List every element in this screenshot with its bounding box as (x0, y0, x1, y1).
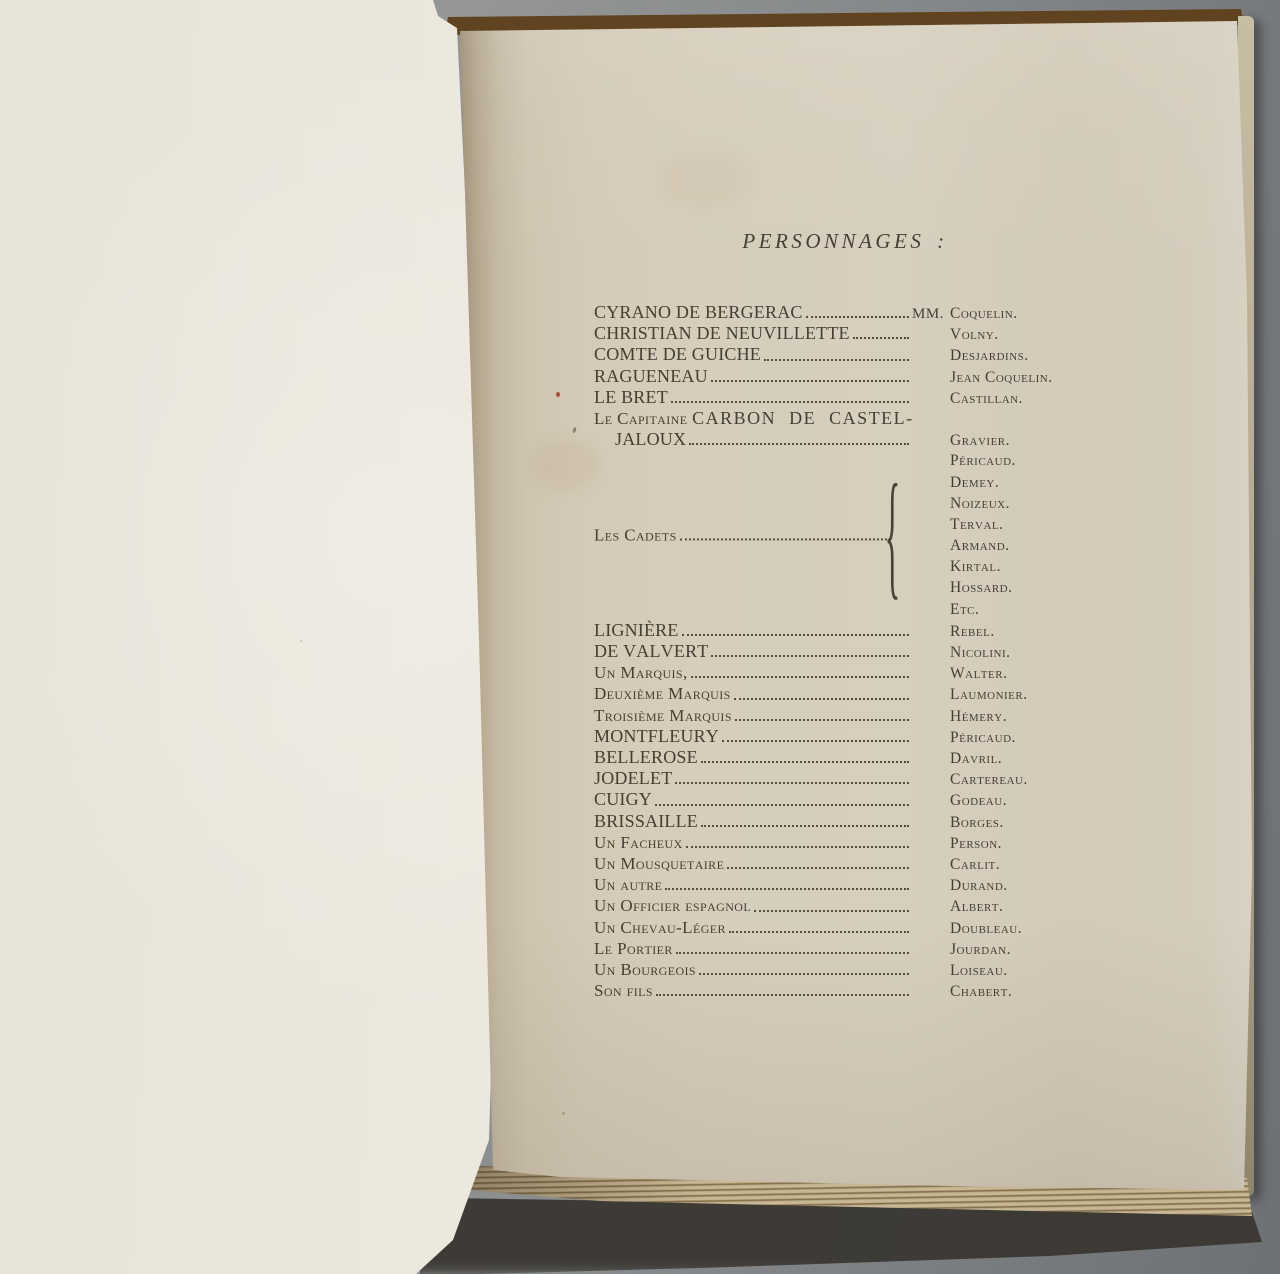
actor-name: Etc. (950, 599, 1072, 620)
character-cell: BELLEROSE (594, 747, 912, 768)
character-name: CHRISTIAN DE NEUVILLETTE (594, 323, 850, 344)
character-name: Un Officier espagnol (594, 895, 751, 916)
actor-name: Terval. (950, 514, 1072, 535)
actor-name: Rebel. (950, 621, 995, 642)
cast-row: MONTFLEURYPéricaud. (594, 726, 1072, 747)
actor-cell: MM.Coquelin. (912, 303, 1070, 325)
character-name: RAGUENEAU (594, 366, 708, 387)
actor-cell: Gravier. (912, 430, 1070, 451)
character-name: Un Chevau-Léger (594, 917, 726, 938)
cast-list: CYRANO DE BERGERACMM.Coquelin.CHRISTIAN … (594, 302, 1072, 1001)
paper-speck (300, 640, 302, 642)
cast-row: CUIGYGodeau. (594, 789, 1072, 810)
character-name: COMTE DE GUICHE (594, 344, 761, 365)
cast-row: BRISSAILLEBorges. (594, 811, 1072, 832)
actor-cell: Jourdan. (912, 939, 1070, 960)
actor-name: Person. (950, 833, 1002, 854)
dotted-leader (735, 719, 909, 721)
cast-row: JALOUXGravier. (594, 429, 1072, 450)
character-name: JALOUX (594, 429, 686, 450)
character-cell: Un Facheux (594, 832, 912, 853)
actor-name: Péricaud. (950, 727, 1016, 748)
cast-row: Un Marquis,Walter. (594, 662, 1072, 683)
actor-cell: Rebel. (912, 621, 1070, 642)
character-name: Le Portier (594, 938, 673, 959)
actor-name: Nicolini. (950, 642, 1011, 663)
character-cell: Les Cadets (594, 525, 894, 546)
character-name: Les Cadets (594, 525, 677, 546)
character-cell: Un Bourgeois (594, 959, 912, 980)
dotted-leader (686, 846, 909, 848)
dotted-leader (701, 825, 909, 827)
character-name: Troisième Marquis (594, 705, 732, 726)
cast-row: Le Capitaine CARBON DE CASTEL- (594, 408, 1072, 429)
actor-name: Noizeux. (950, 493, 1072, 514)
character-cell: CHRISTIAN DE NEUVILLETTE (594, 323, 912, 344)
dotted-leader (701, 761, 909, 763)
actor-name: Walter. (950, 663, 1007, 684)
actor-name: Borges. (950, 812, 1004, 833)
actor-name: Hossard. (950, 577, 1072, 598)
actor-cell: Durand. (912, 875, 1070, 896)
character-name: LE BRET (594, 387, 668, 408)
actor-name: Doubleau. (950, 918, 1022, 939)
actor-cell: Doubleau. (912, 918, 1070, 939)
red-speck (556, 392, 560, 397)
actor-name: Durand. (950, 875, 1008, 896)
character-name: CYRANO DE BERGERAC (594, 302, 803, 323)
actor-cell: Cartereau. (912, 769, 1070, 790)
paper-speck (562, 1112, 565, 1115)
dotted-leader (676, 952, 909, 954)
actor-cell: Péricaud. (912, 727, 1070, 748)
dotted-leader (691, 676, 909, 678)
actor-cell: Davril. (912, 748, 1070, 769)
actor-name: Volny. (950, 324, 999, 345)
character-name: Deuxième Marquis (594, 683, 731, 704)
cadets-brace: { (884, 454, 900, 616)
actor-cell: Desjardins. (912, 345, 1070, 366)
dotted-leader (754, 910, 909, 912)
character-name-caps: CARBON DE CASTEL- (692, 408, 914, 428)
character-name: Un autre (594, 874, 662, 895)
cast-row: Deuxième MarquisLaumonier. (594, 683, 1072, 704)
cast-row: DE VALVERTNicolini. (594, 641, 1072, 662)
character-cell: DE VALVERT (594, 641, 912, 662)
character-cell: Un Mousquetaire (594, 853, 912, 874)
actor-name: Chabert. (950, 981, 1012, 1002)
character-cell: Le Capitaine CARBON DE CASTEL- (594, 408, 1072, 429)
actor-cell: Borges. (912, 812, 1070, 833)
character-cell: MONTFLEURY (594, 726, 912, 747)
actor-name: Jourdan. (950, 939, 1011, 960)
cast-row: Un autreDurand. (594, 874, 1072, 895)
character-name: Un Mousquetaire (594, 853, 724, 874)
actor-name: Carlit. (950, 854, 1000, 875)
dotted-leader (656, 994, 909, 996)
dotted-leader (764, 359, 909, 361)
cast-row: Le PortierJourdan. (594, 938, 1072, 959)
actor-cell: Carlit. (912, 854, 1070, 875)
actor-name: Kirtal. (950, 556, 1072, 577)
actor-name: Castillan. (950, 388, 1023, 409)
character-name: Un Bourgeois (594, 959, 696, 980)
dotted-leader (665, 888, 909, 890)
actor-name: Gravier. (950, 430, 1010, 451)
character-name: Le Capitaine CARBON DE CASTEL- (594, 408, 914, 429)
character-name: CUIGY (594, 789, 652, 810)
page-title: PERSONNAGES : (730, 229, 960, 254)
character-name: Un Marquis, (594, 662, 688, 683)
dotted-leader (734, 698, 909, 700)
character-cell: Son fils (594, 980, 912, 1001)
dotted-leader (853, 337, 909, 339)
character-cell: Troisième Marquis (594, 705, 912, 726)
cast-row: COMTE DE GUICHEDesjardins. (594, 344, 1072, 365)
actor-cell: Jean Coquelin. (912, 367, 1070, 388)
character-cell: JALOUX (594, 429, 912, 450)
character-cell: Un autre (594, 874, 912, 895)
actor-name: Demey. (950, 472, 1072, 493)
actor-name: Loiseau. (950, 960, 1008, 981)
dotted-leader (729, 931, 909, 933)
actor-name: Hémery. (950, 706, 1007, 727)
actor-name: Cartereau. (950, 769, 1028, 790)
dotted-leader (722, 740, 909, 742)
dotted-leader (671, 401, 909, 403)
cadets-group: Les Cadets {Péricaud.Demey.Noizeux.Terva… (594, 450, 1072, 620)
character-name: LIGNIÈRE (594, 620, 679, 641)
actors-prefix: MM. (912, 304, 950, 325)
character-name: MONTFLEURY (594, 726, 719, 747)
actor-cell: Loiseau. (912, 960, 1070, 981)
dotted-leader (806, 316, 909, 318)
character-name: Un Facheux (594, 832, 683, 853)
actor-name: Albert. (950, 896, 1003, 917)
dotted-leader (682, 634, 909, 636)
cast-row: Un BourgeoisLoiseau. (594, 959, 1072, 980)
cast-row: Un MousquetaireCarlit. (594, 853, 1072, 874)
dotted-leader (680, 539, 891, 541)
dotted-leader (711, 380, 909, 382)
actor-name: Jean Coquelin. (950, 367, 1053, 388)
character-name: BELLEROSE (594, 747, 698, 768)
character-cell: Deuxième Marquis (594, 683, 912, 704)
ink-mark (572, 427, 577, 434)
actor-cell: Volny. (912, 324, 1070, 345)
cast-row: CYRANO DE BERGERACMM.Coquelin. (594, 302, 1072, 323)
character-cell: Un Marquis, (594, 662, 912, 683)
cadets-actor-list: Péricaud.Demey.Noizeux.Terval.Armand.Kir… (950, 450, 1072, 620)
dotted-leader (699, 973, 909, 975)
cast-row: Un Chevau-LégerDoubleau. (594, 917, 1072, 938)
character-cell: CUIGY (594, 789, 912, 810)
cast-row: LE BRETCastillan. (594, 387, 1072, 408)
character-cell: LE BRET (594, 387, 912, 408)
character-name: DE VALVERT (594, 641, 708, 662)
cast-row: JODELETCartereau. (594, 768, 1072, 789)
character-cell: Le Portier (594, 938, 912, 959)
actor-cell: Castillan. (912, 388, 1070, 409)
character-cell: JODELET (594, 768, 912, 789)
dotted-leader (655, 804, 909, 806)
cast-row: CHRISTIAN DE NEUVILLETTEVolny. (594, 323, 1072, 344)
character-name: JODELET (594, 768, 672, 789)
actor-name: Godeau. (950, 790, 1007, 811)
cast-row: LIGNIÈRERebel. (594, 620, 1072, 641)
cast-row: Troisième MarquisHémery. (594, 705, 1072, 726)
character-name: BRISSAILLE (594, 811, 698, 832)
character-cell: LIGNIÈRE (594, 620, 912, 641)
actor-name: Armand. (950, 535, 1072, 556)
actor-cell: Hémery. (912, 706, 1070, 727)
actor-name: Coquelin. (950, 303, 1018, 324)
dotted-leader (727, 867, 909, 869)
actor-cell: Nicolini. (912, 642, 1070, 663)
paper-stain (660, 150, 750, 210)
character-name: Son fils (594, 980, 653, 1001)
actor-name: Davril. (950, 748, 1002, 769)
actor-name: Laumonier. (950, 684, 1028, 705)
dotted-leader (711, 655, 909, 657)
actor-cell: Albert. (912, 896, 1070, 917)
dotted-leader (689, 443, 909, 445)
character-cell: COMTE DE GUICHE (594, 344, 912, 365)
book-photo: PERSONNAGES : CYRANO DE BERGERACMM.Coque… (0, 0, 1280, 1274)
paper-stain (530, 440, 600, 490)
cast-row: Un Officier espagnolAlbert. (594, 895, 1072, 916)
character-cell: CYRANO DE BERGERAC (594, 302, 912, 323)
actor-cell: Godeau. (912, 790, 1070, 811)
cast-row: BELLEROSEDavril. (594, 747, 1072, 768)
actor-cell: Person. (912, 833, 1070, 854)
actor-cell: Laumonier. (912, 684, 1070, 705)
actor-name: Péricaud. (950, 450, 1072, 471)
actor-name: Desjardins. (950, 345, 1029, 366)
actor-cell: Walter. (912, 663, 1070, 684)
cast-row: Son filsChabert. (594, 980, 1072, 1001)
cast-row: RAGUENEAUJean Coquelin. (594, 366, 1072, 387)
cast-row: Un FacheuxPerson. (594, 832, 1072, 853)
character-cell: RAGUENEAU (594, 366, 912, 387)
character-cell: Un Chevau-Léger (594, 917, 912, 938)
dotted-leader (675, 782, 909, 784)
character-cell: BRISSAILLE (594, 811, 912, 832)
actor-cell: Chabert. (912, 981, 1070, 1002)
character-cell: Un Officier espagnol (594, 895, 912, 916)
